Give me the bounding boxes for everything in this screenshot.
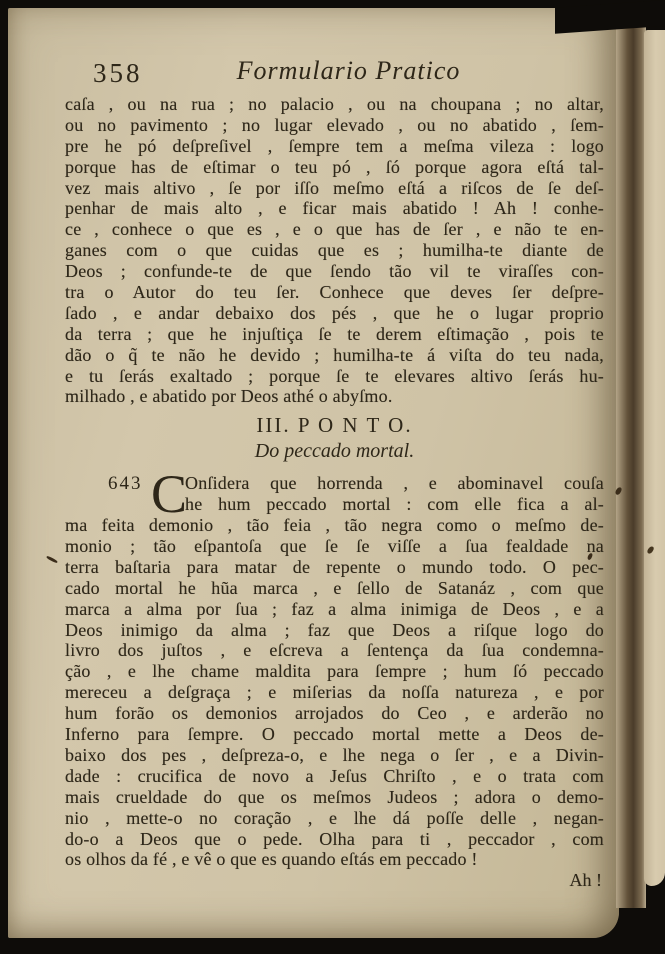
body-line: Inferno para ſempre. O peccado mortal me… <box>65 724 604 745</box>
running-title: Formulario Pratico <box>79 56 618 86</box>
body-line: ou no pavimento ; no lugar elevado , ou … <box>65 115 604 136</box>
body-line: nio , mette-o no coração , e lhe dá poſſ… <box>65 808 604 829</box>
drop-cap: C <box>151 470 187 518</box>
paragraph-number: 643 <box>108 473 143 495</box>
body-line: do-o a Deos que o pede. Olha para ti , p… <box>65 829 604 850</box>
paragraph-643: 643 C Onſidera que horrenda , e abominav… <box>65 473 604 891</box>
section-header: III. P O N T O. Do peccado mortal. <box>65 412 604 464</box>
body-line: monio ; tão eſpantoſa que ſe ſe viſſe a … <box>65 536 604 557</box>
body-line: pre he pó deſpreſivel , ſempre tem a meſ… <box>65 136 604 157</box>
body-line: ma feita demonio , tão feia , tão negra … <box>65 515 604 536</box>
body-line: dade : crucifica de novo a Jeſus Chriſto… <box>65 766 604 787</box>
catchword: Ah ! <box>65 870 604 891</box>
body-line: e tu ſerás exaltado ; porque ſe te eleva… <box>65 366 604 387</box>
section-heading: III. P O N T O. <box>65 412 604 438</box>
body-line: livro dos juſtos , e eſcreva a ſentença … <box>65 640 604 661</box>
body-line: vez mais altivo , ſe por iſſo meſmo eſtá… <box>65 178 604 199</box>
body-line: os olhos da fé , e vê o que es quando eſ… <box>65 849 604 870</box>
body-line: Deos inimigo da alma ; faz que Deos a ri… <box>65 620 604 641</box>
body-line: marca a alma por ſua ; faz a alma inimig… <box>65 599 604 620</box>
body-line: terra baſtaria para matar de repente o m… <box>65 557 604 578</box>
body-line: mereceu a deſgraça ; e miſerias da noſſa… <box>65 682 604 703</box>
body-line: Onſidera que horrenda , e abominavel cou… <box>65 473 604 494</box>
body-line: cado mortal he hũa marca , e ſello de Sa… <box>65 578 604 599</box>
next-page-edge <box>644 30 665 886</box>
page-header: 358 Formulario Pratico <box>65 56 604 94</box>
body-line: hum forão os demonios arrojados do Ceo ,… <box>65 703 604 724</box>
body-line: Deos ; confunde-te de que ſendo tão vil … <box>65 261 604 282</box>
body-line: milhado , e abatido por Deos athé o abyſ… <box>65 386 604 407</box>
body-line: da terra ; que he injuſtiça ſe te derem … <box>65 324 604 345</box>
body-line: ganes com o que cuidas que es ; humilha-… <box>65 240 604 261</box>
gutter-shadow <box>616 8 646 908</box>
scan-corner-dark <box>555 0 665 34</box>
body-line: dão o q̃ te não he devido ; humilha-te á… <box>65 345 604 366</box>
body-line: ção , e lhe chame maldita para ſempre ; … <box>65 661 604 682</box>
body-line: porque has de eſtimar o teu pó , ſó porq… <box>65 157 604 178</box>
body-line: ce , conhece o que es , e o que has de ſ… <box>65 219 604 240</box>
body-line: ſado , e andar debaixo dos pés , que he … <box>65 303 604 324</box>
paragraph-continuation: caſa , ou na rua ; no palacio , ou na ch… <box>65 94 604 407</box>
body-line: mais crueldade do que os meſmos Judeos ;… <box>65 787 604 808</box>
page-scan: 358 Formulario Pratico caſa , ou na rua … <box>0 0 665 954</box>
section-subheading: Do peccado mortal. <box>65 438 604 464</box>
book-page: 358 Formulario Pratico caſa , ou na rua … <box>8 8 619 938</box>
body-line: penhar de mais alto , e ficar mais abati… <box>65 198 604 219</box>
body-line: caſa , ou na rua ; no palacio , ou na ch… <box>65 94 604 115</box>
body-line: tra o Autor do teu ſer. Conhece que deve… <box>65 282 604 303</box>
body-line: he hum peccado mortal : com elle fica a … <box>65 494 604 515</box>
body-line: baixo dos pes , deſpreza-o, e lhe nega o… <box>65 745 604 766</box>
